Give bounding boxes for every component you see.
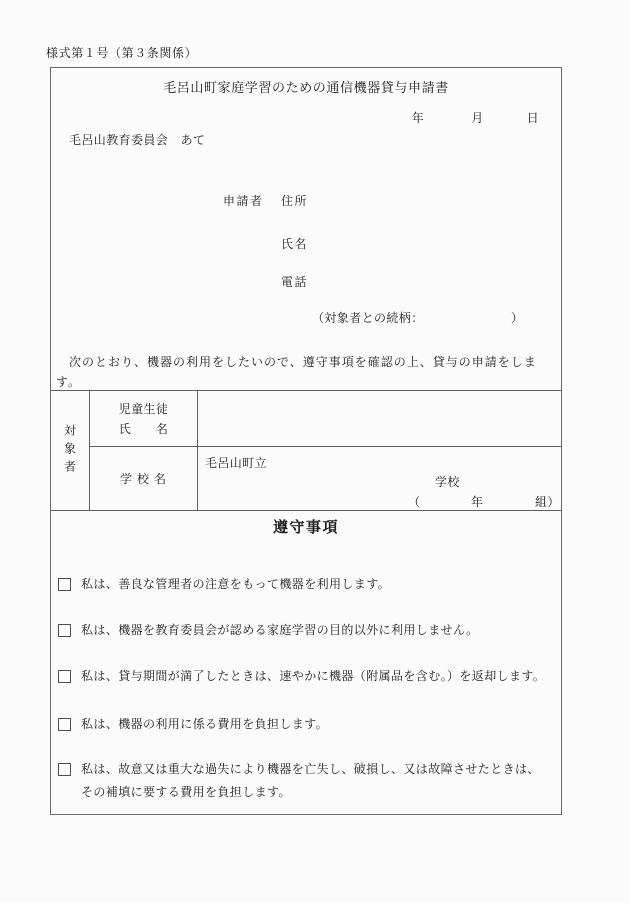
date-line: 年月日 [412, 109, 561, 126]
rule-item-5: 私は、故意又は重大な過失により機器を亡失し、破損し、又は故障させたときは、その補… [58, 758, 540, 804]
rules-section-heading: 遵守事項 [51, 516, 561, 537]
grade-class-label: 組） [535, 493, 560, 510]
rule-item-2: 私は、機器を教育委員会が認める家庭学習の目的以外に利用しません。 [58, 619, 479, 642]
rule-2-checkbox[interactable] [58, 624, 71, 637]
applicant-label: 申請者 [223, 192, 264, 209]
rule-5-checkbox[interactable] [58, 763, 71, 776]
form-number-label: 様式第１号（第３条関係） [46, 44, 197, 61]
school-name-prefix: 毛呂山町立 [205, 454, 267, 471]
form-outer-box: 毛呂山町家庭学習のための通信機器貸与申請書 年月日 毛呂山教育委員会 あて 申請… [50, 67, 562, 815]
subject-table: 対象者 児童生徒氏 名 学 校 名 毛呂山町立 学校 （ 年 組） [51, 390, 561, 511]
application-form-page: 様式第１号（第３条関係） 毛呂山町家庭学習のための通信機器貸与申請書 年月日 毛… [0, 0, 630, 903]
grade-year-label: 年 [471, 493, 483, 510]
subject-group-header: 対象者 [51, 391, 89, 510]
date-month-label: 月 [471, 111, 483, 125]
form-title: 毛呂山町家庭学習のための通信機器貸与申請書 [51, 77, 561, 96]
relationship-label: （対象者との続柄： [312, 309, 424, 326]
rule-1-checkbox[interactable] [58, 578, 71, 591]
date-year-label: 年 [412, 111, 424, 125]
rule-4-text: 私は、機器の利用に係る費用を負担します。 [81, 713, 328, 736]
applicant-address-label: 住所 [281, 192, 308, 209]
student-name-input-cell[interactable] [198, 391, 561, 446]
relationship-close-paren: ） [511, 309, 523, 326]
intro-paragraph: 次のとおり、機器の利用をしたいので、遵守事項を確認の上、貸与の申請をします。 [56, 352, 559, 392]
rule-3-checkbox[interactable] [58, 670, 71, 683]
rule-5-text: 私は、故意又は重大な過失により機器を亡失し、破損し、又は故障させたときは、その補… [81, 758, 540, 804]
date-day-label: 日 [527, 111, 539, 125]
rule-1-text: 私は、善良な管理者の注意をもって機器を利用します。 [81, 573, 390, 596]
school-name-input-cell[interactable]: 毛呂山町立 学校 （ 年 組） [198, 447, 561, 509]
grade-paren-open: （ [408, 493, 420, 510]
student-name-header: 児童生徒氏 名 [90, 391, 197, 446]
rule-2-text: 私は、機器を教育委員会が認める家庭学習の目的以外に利用しません。 [81, 619, 479, 642]
school-suffix-label: 学校 [435, 473, 460, 490]
applicant-name-label: 氏名 [281, 235, 308, 252]
addressee-line: 毛呂山教育委員会 あて [69, 131, 205, 148]
rule-item-3: 私は、貸与期間が満了したときは、速やかに機器（附属品を含む。）を返却します。 [58, 665, 545, 688]
rule-4-checkbox[interactable] [58, 718, 71, 731]
rule-3-text: 私は、貸与期間が満了したときは、速やかに機器（附属品を含む。）を返却します。 [81, 665, 545, 688]
rule-item-4: 私は、機器の利用に係る費用を負担します。 [58, 713, 328, 736]
school-name-header: 学 校 名 [90, 447, 197, 509]
applicant-phone-label: 電話 [281, 273, 308, 290]
rule-item-1: 私は、善良な管理者の注意をもって機器を利用します。 [58, 573, 390, 596]
